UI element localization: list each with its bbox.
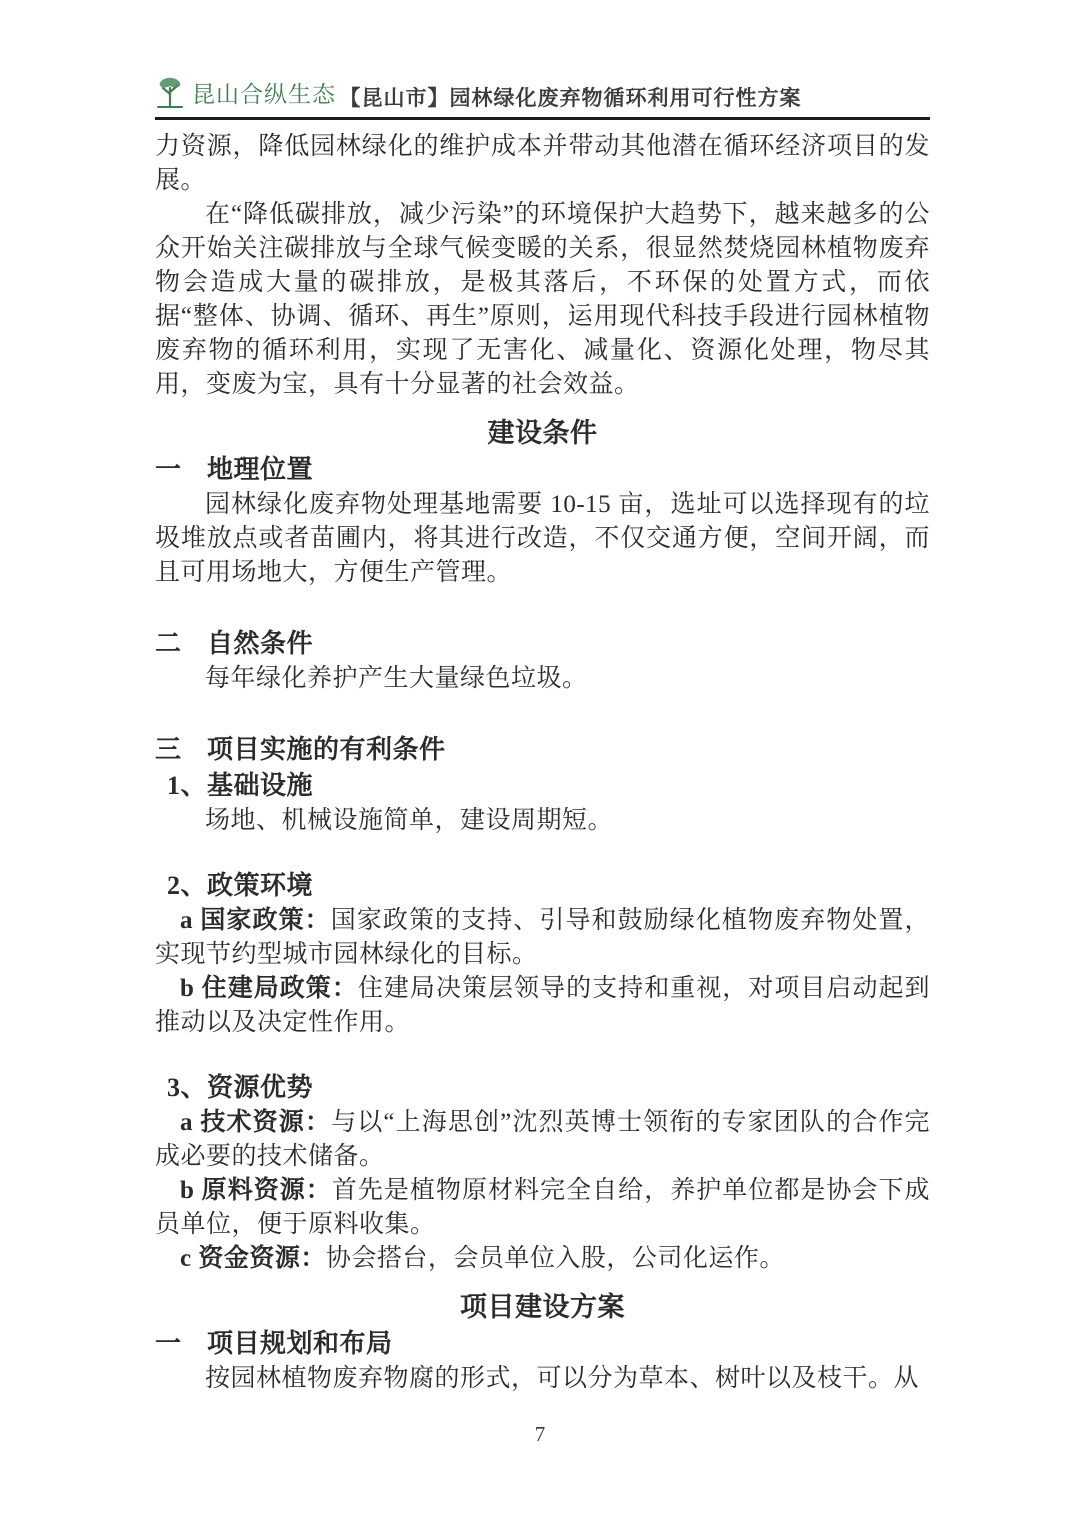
paragraph-capital-resource: c 资金资源：协会搭台，会员单位入股，公司化运作。: [155, 1242, 930, 1276]
paragraph-tech-resource: a 技术资源：与以“上海思创”沈烈英博士领衔的专家团队的合作完成必要的技术储备。: [155, 1106, 930, 1174]
subsection-policy-environment: 2、政策环境 a 国家政策：国家政策的支持、引导和鼓励绿化植物废弃物处置，实现节…: [155, 868, 930, 1040]
heading-natural-number: 二: [155, 626, 207, 662]
subsection-resource-advantage: 3、资源优势 a 技术资源：与以“上海思创”沈烈英博士领衔的专家团队的合作完成必…: [155, 1070, 930, 1276]
paragraph-project-layout: 按园林植物废弃物腐的形式，可以分为草本、树叶以及枝干。从: [155, 1362, 930, 1396]
heading-natural-title: 自然条件: [207, 629, 313, 658]
heading-project-layout: 一项目规划和布局: [155, 1326, 930, 1362]
company-logo: 昆山合纵生态: [155, 74, 336, 110]
heading-favorable-conditions: 三项目实施的有利条件: [155, 732, 930, 768]
capital-resource-text: 协会搭台，会员单位入股，公司化运作。: [326, 1245, 785, 1272]
heading-geography-number: 一: [155, 452, 207, 488]
heading-layout-number: 一: [155, 1326, 207, 1362]
section-natural-conditions: 二自然条件 每年绿化养护产生大量绿色垃圾。: [155, 626, 930, 696]
tech-resource-label: a 技术资源：: [180, 1109, 331, 1136]
capital-resource-label: c 资金资源：: [180, 1245, 326, 1272]
heading-policy-environment: 2、政策环境: [167, 868, 930, 904]
bureau-policy-label: b 住建局政策：: [180, 975, 358, 1002]
document-title: 【昆山市】园林绿化废弃物循环利用可行性方案: [340, 82, 802, 112]
paragraph-natural-conditions: 每年绿化养护产生大量绿色垃圾。: [155, 662, 930, 696]
heading-layout-title: 项目规划和布局: [207, 1329, 393, 1358]
paragraph-national-policy: a 国家政策：国家政策的支持、引导和鼓励绿化植物废弃物处置，实现节约型城市园林绿…: [155, 904, 930, 972]
paragraph-geography: 园林绿化废弃物处理基地需要 10-15 亩，选址可以选择现有的垃圾堆放点或者苗圃…: [155, 488, 930, 590]
heading-infrastructure: 1、基础设施: [167, 768, 930, 804]
tree-seal-icon: [155, 74, 185, 110]
page-header: 昆山合纵生态 【昆山市】园林绿化废弃物循环利用可行性方案: [155, 74, 930, 120]
heading-favorable-number: 三: [155, 732, 207, 768]
header-divider: [155, 117, 930, 120]
section-geography: 一地理位置 园林绿化废弃物处理基地需要 10-15 亩，选址可以选择现有的垃圾堆…: [155, 452, 930, 590]
heading-favorable-title: 项目实施的有利条件: [207, 735, 446, 764]
document-body: 力资源，降低园林绿化的维护成本并带动其他潜在循环经济项目的发展。 在“降低碳排放…: [155, 130, 930, 1396]
heading-project-plan: 项目建设方案: [155, 1288, 930, 1326]
national-policy-label: a 国家政策：: [180, 907, 331, 934]
material-resource-label: b 原料资源：: [180, 1177, 332, 1204]
heading-construction-conditions: 建设条件: [155, 414, 930, 452]
section-favorable-conditions: 三项目实施的有利条件 1、基础设施 场地、机械设施简单，建设周期短。: [155, 732, 930, 838]
page-footer: 7: [0, 1422, 1080, 1447]
paragraph-material-resource: b 原料资源：首先是植物原材料完全自给，养护单位都是协会下成员单位，便于原料收集…: [155, 1174, 930, 1242]
paragraph-carbon-emission: 在“降低碳排放，减少污染”的环境保护大趋势下，越来越多的公众开始关注碳排放与全球…: [155, 198, 930, 402]
paragraph-infrastructure: 场地、机械设施简单，建设周期短。: [155, 804, 930, 838]
heading-geography-title: 地理位置: [207, 455, 313, 484]
heading-resource-advantage: 3、资源优势: [167, 1070, 930, 1106]
page-number: 7: [535, 1422, 546, 1446]
paragraph-intro-continuation: 力资源，降低园林绿化的维护成本并带动其他潜在循环经济项目的发展。: [155, 130, 930, 198]
company-name: 昆山合纵生态: [192, 76, 336, 109]
paragraph-bureau-policy: b 住建局政策：住建局决策层领导的支持和重视，对项目启动起到推动以及决定性作用。: [155, 972, 930, 1040]
heading-geography: 一地理位置: [155, 452, 930, 488]
document-page: 昆山合纵生态 【昆山市】园林绿化废弃物循环利用可行性方案 力资源，降低园林绿化的…: [0, 0, 1080, 1527]
section-project-layout: 一项目规划和布局 按园林植物废弃物腐的形式，可以分为草本、树叶以及枝干。从: [155, 1326, 930, 1396]
header-row: 昆山合纵生态 【昆山市】园林绿化废弃物循环利用可行性方案: [155, 74, 930, 117]
heading-natural-conditions: 二自然条件: [155, 626, 930, 662]
